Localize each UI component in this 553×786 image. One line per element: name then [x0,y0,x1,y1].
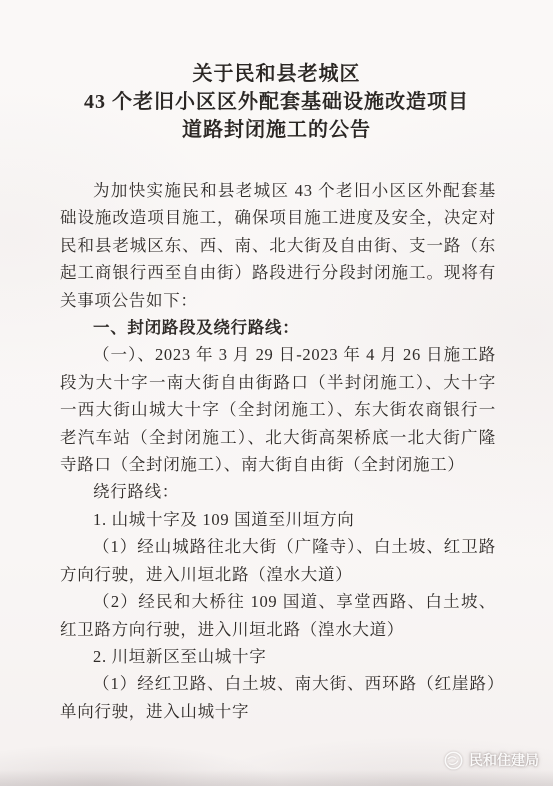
notice-title: 关于民和县老城区 43 个老旧小区区外配套基础设施改造项目 道路封闭施工的公告 [30,60,523,144]
bureau-seal-icon [444,751,463,770]
paragraph-4: 绕行路线： [60,478,496,505]
official-account-watermark: 民和住建局 [444,750,539,770]
scan-shadow [0,770,553,786]
paragraph-3: （一）、2023 年 3 月 29 日-2023 年 4 月 26 日施工路段为… [60,341,496,478]
notice-title-line-3: 道路封闭施工的公告 [30,116,523,144]
scanned-notice-page: 关于民和县老城区 43 个老旧小区区外配套基础设施改造项目 道路封闭施工的公告 … [0,0,553,786]
notice-title-line-2: 43 个老旧小区区外配套基础设施改造项目 [30,88,523,116]
paragraph-8: 2. 川垣新区至山城十字 [60,643,496,670]
paragraph-5: 1. 山城十字及 109 国道至川垣方向 [60,506,496,533]
paragraph-7: （2）经民和大桥往 109 国道、享堂西路、白土坡、红卫路方向行驶，进入川垣北路… [60,588,496,643]
notice-body: 为加快实施民和县老城区 43 个老旧小区区外配套基础设施改造项目施工，确保项目施… [60,177,496,725]
paragraph-6: （1）经山城路往北大街（广隆寺）、白土坡、红卫路方向行驶，进入川垣北路（湟水大道… [60,533,496,588]
paragraph-9: （1）经红卫路、白土坡、南大街、西环路（红崖路）单向行驶，进入山城十字 [60,670,496,725]
paragraph-2: 一、封闭路段及绕行路线： [60,314,496,341]
notice-title-line-1: 关于民和县老城区 [30,60,523,88]
paragraph-1: 为加快实施民和县老城区 43 个老旧小区区外配套基础设施改造项目施工，确保项目施… [60,177,496,314]
watermark-label: 民和住建局 [469,750,539,770]
